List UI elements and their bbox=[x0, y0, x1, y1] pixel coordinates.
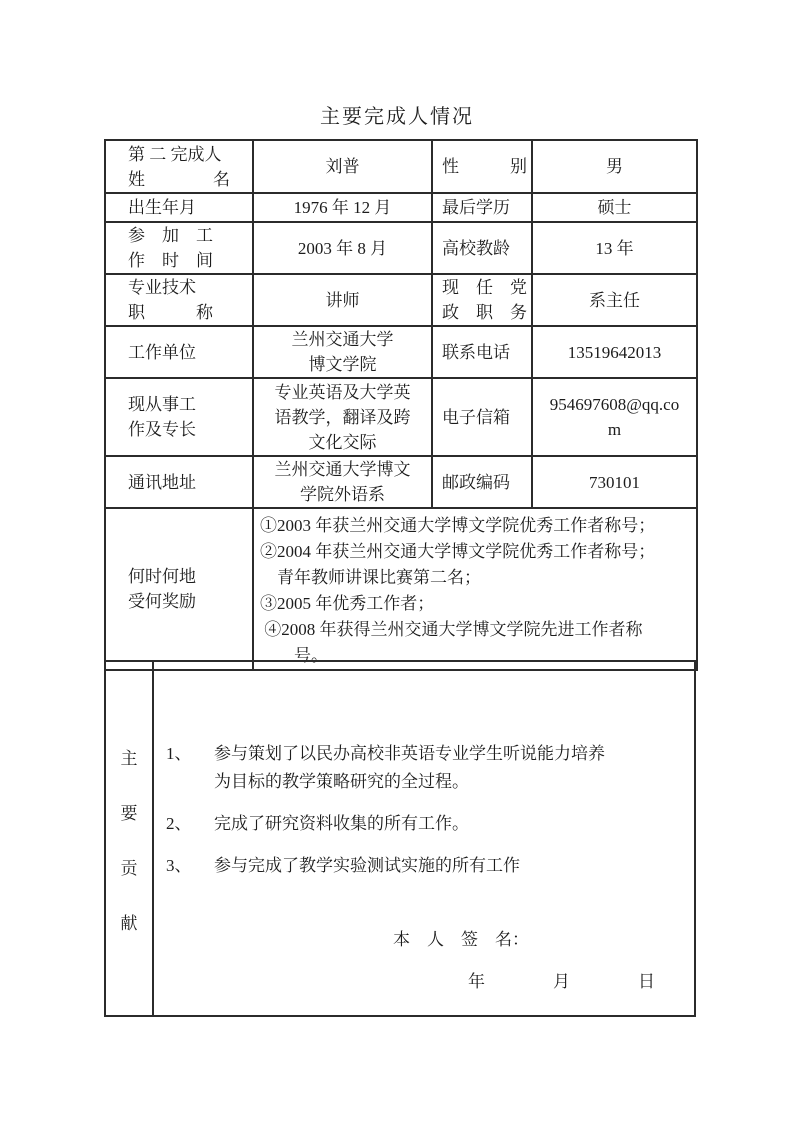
field-gender-label: 性 别 bbox=[432, 140, 532, 193]
table-row: 专业技术 职 称 讲师 现 任 党 政 职 务 系主任 bbox=[105, 274, 697, 326]
item-text: 完成了研究资料收集的所有工作。 bbox=[214, 810, 680, 838]
table-row: 通讯地址 兰州交通大学博文 学院外语系 邮政编码 730101 bbox=[105, 456, 697, 508]
item-text: 参与策划了以民办高校非英语专业学生听说能力培养 为目标的教学策略研究的全过程。 bbox=[214, 740, 680, 796]
field-gender-value: 男 bbox=[532, 140, 697, 193]
item-number: 1、 bbox=[166, 740, 214, 796]
field-awards-label: 何时何地 受何奖励 bbox=[105, 508, 253, 670]
field-techtitle-label: 专业技术 职 称 bbox=[105, 274, 253, 326]
table-row: 主 要 贡 献 1、 参与策划了以民办高校非英语专业学生听说能力培养 为目标的教… bbox=[105, 661, 695, 1016]
field-phone-value: 13519642013 bbox=[532, 326, 697, 378]
contribution-content: 1、 参与策划了以民办高校非英语专业学生听说能力培养 为目标的教学策略研究的全过… bbox=[154, 662, 694, 1015]
table-row: 参 加 工 作 时 间 2003 年 8 月 高校教龄 13 年 bbox=[105, 222, 697, 274]
date-label: 年 月 日 bbox=[468, 967, 655, 992]
field-partypost-label: 现 任 党 政 职 务 bbox=[432, 274, 532, 326]
label-char: 要 bbox=[121, 799, 138, 824]
field-employer-value: 兰州交通大学 博文学院 bbox=[253, 326, 432, 378]
field-employer-label: 工作单位 bbox=[105, 326, 253, 378]
label-char: 献 bbox=[121, 909, 138, 934]
field-birth-value: 1976 年 12 月 bbox=[253, 193, 432, 222]
completer-info-table: 第 二 完成人 姓 名 刘普 性 别 男 出生年月 1976 年 12 月 最后… bbox=[104, 139, 698, 671]
contribution-body-cell: 1、 参与策划了以民办高校非英语专业学生听说能力培养 为目标的教学策略研究的全过… bbox=[153, 661, 695, 1016]
contribution-item: 3、 参与完成了教学实验测试实施的所有工作 bbox=[166, 852, 680, 880]
field-specialty-label: 现从事工 作及专长 bbox=[105, 378, 253, 456]
field-specialty-value: 专业英语及大学英 语教学，翻译及跨 文化交际 bbox=[253, 378, 432, 456]
field-techtitle-value: 讲师 bbox=[253, 274, 432, 326]
field-teachage-value: 13 年 bbox=[532, 222, 697, 274]
field-email-value: 954697608@qq.com bbox=[532, 378, 697, 456]
field-partypost-value: 系主任 bbox=[532, 274, 697, 326]
field-awards-value: ①2003 年获兰州交通大学博文学院优秀工作者称号； ②2004 年获兰州交通大… bbox=[253, 508, 697, 670]
table-row: 第 二 完成人 姓 名 刘普 性 别 男 bbox=[105, 140, 697, 193]
field-workstart-label: 参 加 工 作 时 间 bbox=[105, 222, 253, 274]
document-page: 主要完成人情况 第 二 完成人 姓 名 刘普 性 别 男 出生年月 1976 年… bbox=[0, 0, 794, 1123]
field-address-label: 通讯地址 bbox=[105, 456, 253, 508]
table-row: 现从事工 作及专长 专业英语及大学英 语教学，翻译及跨 文化交际 电子信箱 95… bbox=[105, 378, 697, 456]
signature-label: 本 人 签 名： bbox=[393, 925, 529, 950]
field-postcode-label: 邮政编码 bbox=[432, 456, 532, 508]
contribution-item: 2、 完成了研究资料收集的所有工作。 bbox=[166, 810, 680, 838]
page-title: 主要完成人情况 bbox=[0, 100, 794, 129]
field-education-value: 硕士 bbox=[532, 193, 697, 222]
table-row: 出生年月 1976 年 12 月 最后学历 硕士 bbox=[105, 193, 697, 222]
field-teachage-label: 高校教龄 bbox=[432, 222, 532, 274]
contribution-label-cell: 主 要 贡 献 bbox=[105, 661, 153, 1016]
field-name-value: 刘普 bbox=[253, 140, 432, 193]
field-email-label: 电子信箱 bbox=[432, 378, 532, 456]
item-number: 2、 bbox=[166, 810, 214, 838]
field-address-value: 兰州交通大学博文 学院外语系 bbox=[253, 456, 432, 508]
table-row: 工作单位 兰州交通大学 博文学院 联系电话 13519642013 bbox=[105, 326, 697, 378]
table-row: 何时何地 受何奖励 ①2003 年获兰州交通大学博文学院优秀工作者称号； ②20… bbox=[105, 508, 697, 670]
label-char: 主 bbox=[121, 744, 138, 769]
contribution-item: 1、 参与策划了以民办高校非英语专业学生听说能力培养 为目标的教学策略研究的全过… bbox=[166, 740, 680, 796]
item-text: 参与完成了教学实验测试实施的所有工作 bbox=[214, 852, 680, 880]
field-postcode-value: 730101 bbox=[532, 456, 697, 508]
label-char: 贡 bbox=[121, 854, 138, 879]
field-name-label: 第 二 完成人 姓 名 bbox=[105, 140, 253, 193]
field-education-label: 最后学历 bbox=[432, 193, 532, 222]
main-contribution-table: 主 要 贡 献 1、 参与策划了以民办高校非英语专业学生听说能力培养 为目标的教… bbox=[104, 660, 696, 1017]
field-phone-label: 联系电话 bbox=[432, 326, 532, 378]
contribution-vertical-label: 主 要 贡 献 bbox=[106, 662, 152, 1015]
field-workstart-value: 2003 年 8 月 bbox=[253, 222, 432, 274]
field-birth-label: 出生年月 bbox=[105, 193, 253, 222]
item-number: 3、 bbox=[166, 852, 214, 880]
